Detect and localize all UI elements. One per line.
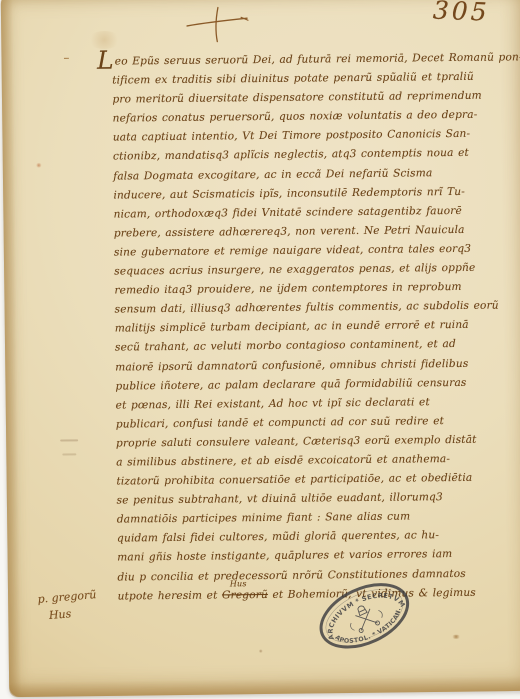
cross-mark-icon [181,3,255,44]
paper-stain [259,649,263,653]
margin-dash: – [63,51,69,63]
text-line-final: utpote heresim et HusGregorũ et Bohemior… [118,583,470,606]
paper-stain [452,635,461,639]
opening-initial: L [97,57,114,65]
scan-background: 305 – Leo Epũs seruus seruorũ Dei, ad fu… [0,0,520,699]
marginal-note: p. gregorũ Hus [37,586,98,625]
struck-word-text: Gregorũ [222,589,268,601]
folio-number: 305 [433,0,491,25]
final-line-before: utpote heresim et [118,589,223,602]
marginal-note-line: Hus [38,603,98,625]
text-line-content: eo Epũs seruus seruorũ Dei, ad futurā re… [115,51,520,67]
struck-word: HusGregorũ [222,589,268,601]
text-block: Leo Epũs seruus seruorũ Dei, ad futurā r… [112,49,470,606]
paper-stain [36,163,42,168]
text-line: se penitus subtrahant, vt diuinā ultiōe … [117,488,469,511]
cross-mark-svg [181,3,255,44]
manuscript-page: 305 – Leo Epũs seruus seruorũ Dei, ad fu… [1,0,520,697]
ink-bleed-mark [60,439,78,441]
ink-bleed-mark [62,453,76,455]
interlinear-correction: Hus [230,580,247,588]
